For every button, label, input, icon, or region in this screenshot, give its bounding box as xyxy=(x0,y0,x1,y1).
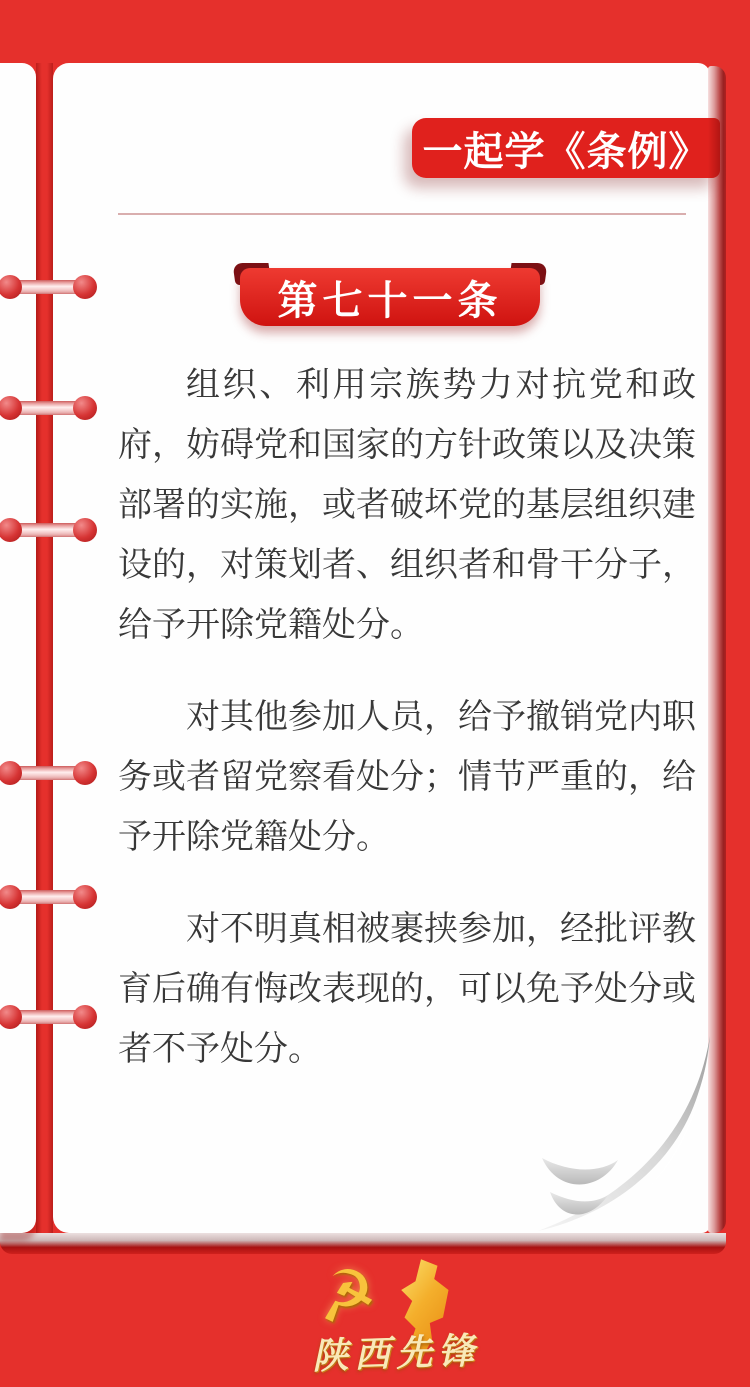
article-body: 组织、利用宗族势力对抗党和政府，妨碍党和国家的方针政策以及决策部署的实施，或者破… xyxy=(118,355,696,1079)
page-curl-icon xyxy=(528,1032,713,1234)
binder-ring xyxy=(0,884,97,910)
ring-ball xyxy=(73,275,97,299)
page-bottom-stack xyxy=(0,1233,726,1254)
ribbon-face: 第七十一条 xyxy=(240,268,540,326)
header-badge: 一起学《条例》 xyxy=(412,118,720,178)
ring-ball xyxy=(73,1005,97,1029)
binder-ring xyxy=(0,274,97,300)
article-number-label: 第七十一条 xyxy=(278,269,503,326)
ring-ball xyxy=(73,396,97,420)
ring-ball xyxy=(0,518,22,542)
ring-ball xyxy=(0,275,22,299)
article-paragraph: 组织、利用宗族势力对抗党和政府，妨碍党和国家的方针政策以及决策部署的实施，或者破… xyxy=(118,355,696,655)
brand-name: 陕西先锋 xyxy=(311,1322,513,1380)
binder-ring xyxy=(0,1004,97,1030)
ring-ball xyxy=(73,885,97,909)
ring-ball xyxy=(73,518,97,542)
header-badge-label: 一起学《条例》 xyxy=(423,120,710,177)
ring-ball xyxy=(0,885,22,909)
article-number-ribbon: 第七十一条 xyxy=(240,268,540,326)
ring-ball xyxy=(0,761,22,785)
ring-ball xyxy=(0,396,22,420)
binder-ring xyxy=(0,517,97,543)
binder-ring xyxy=(0,760,97,786)
ring-ball xyxy=(0,1005,22,1029)
poster-background: 一起学《条例》 第七十一条 组织、利用宗族势力对抗党和政府，妨碍党和国家的方针政… xyxy=(0,0,750,1387)
spine-gap xyxy=(36,63,53,1233)
hammer-and-sickle-icon: ☭ xyxy=(311,1258,383,1336)
binder-ring xyxy=(0,395,97,421)
divider-line xyxy=(118,213,686,215)
article-paragraph: 对其他参加人员，给予撤销党内职务或者留党察看处分；情节严重的，给予开除党籍处分。 xyxy=(118,687,696,867)
footer-logo: ☭ 陕西先锋 xyxy=(0,1255,750,1387)
ring-ball xyxy=(73,761,97,785)
left-page-strip xyxy=(0,63,36,1233)
